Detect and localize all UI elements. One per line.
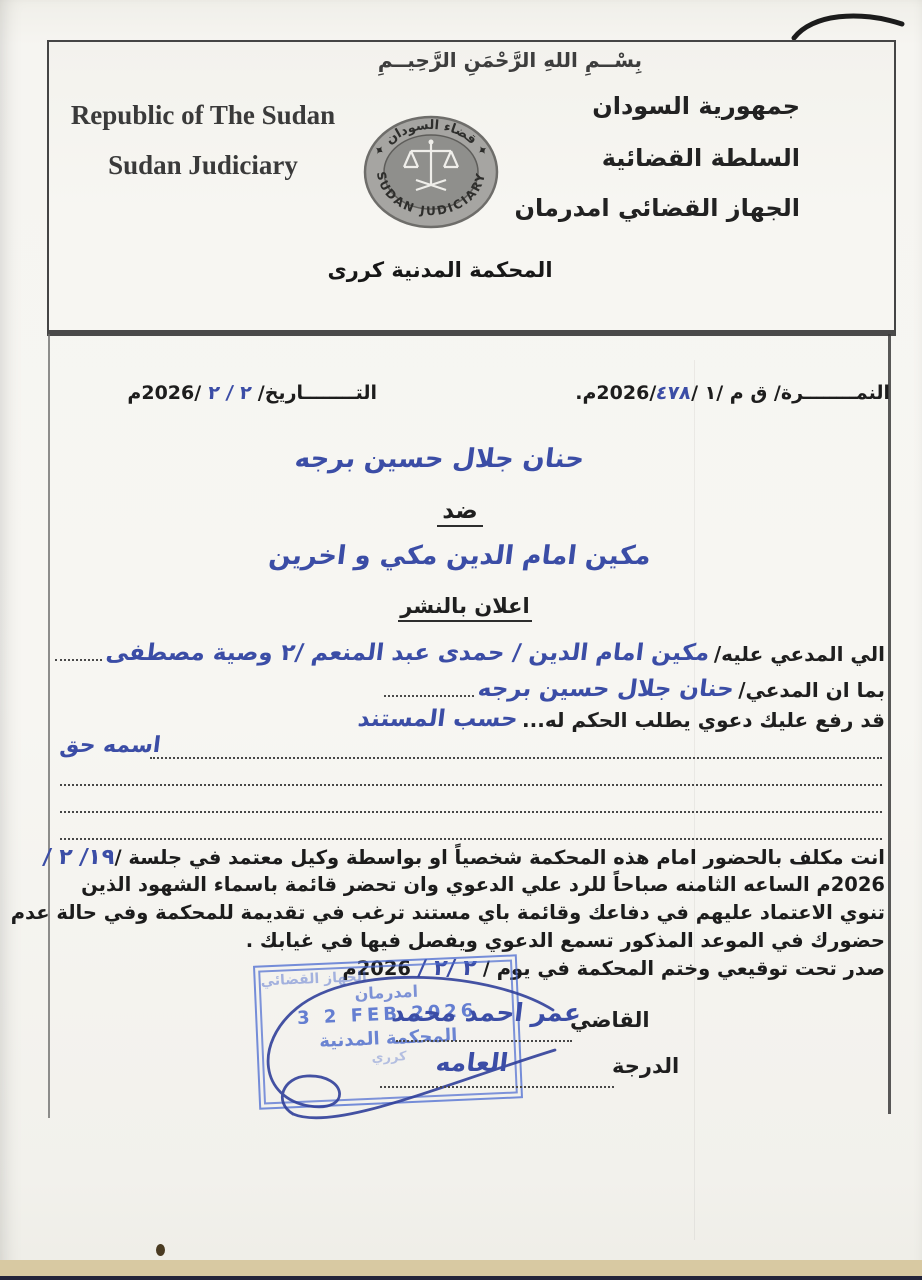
scanner-edge <box>0 1276 922 1280</box>
case-number-line: النمــــــــرة/ ق م /١ /٤٧٨/2026م. <box>555 382 890 404</box>
dotted-rule <box>396 1040 572 1042</box>
judge-label: القاضي <box>570 1008 650 1032</box>
grade-value-handwritten: العامه <box>434 1048 510 1077</box>
judiciary-name-english: Sudan Judiciary <box>58 150 348 181</box>
claim-handwritten: حسب المستند <box>357 706 520 732</box>
country-name-arabic: جمهورية السودان <box>450 92 800 120</box>
claim-label: قد رفع عليك دعوي يطلب الحكم له... <box>522 708 885 732</box>
date-year: /2026م <box>127 382 207 404</box>
case-number-label: النمــــــــرة/ ق م /١ / <box>691 382 890 404</box>
scan-artifact-mark <box>790 8 908 44</box>
scanned-court-document: بِسْــمِ اللهِ الرَّحْمَنِ الرَّحِيــمِ … <box>0 0 922 1280</box>
versus-label: ضد <box>437 498 483 527</box>
bismillah-calligraphy: بِسْــمِ اللهِ الرَّحْمَنِ الرَّحِيــمِ <box>330 48 690 72</box>
paper-crease <box>694 360 695 1240</box>
judicial-organ-omdurman-arabic: الجهاز القضائي امدرمان <box>450 194 800 222</box>
notice-title: اعلان بالنشر <box>398 594 531 622</box>
claim-handwritten-continued: اسمه حق <box>58 733 162 758</box>
dotted-rule <box>60 784 882 786</box>
whereas-handwritten: حنان جلال حسين برجه <box>477 676 736 702</box>
summons-line-1: انت مكلف بالحضور امام هذه المحكمة شخصياً… <box>55 845 885 870</box>
scanner-background-strip <box>0 1260 922 1276</box>
right-border-rule <box>888 334 891 1114</box>
dotted-rule <box>380 1086 614 1088</box>
judge-name-handwritten: عمر احمد محمد <box>390 998 583 1027</box>
plaintiff-name-handwritten: حنان جلال حسين برجه <box>294 444 587 474</box>
country-name-english: Republic of The Sudan <box>58 100 348 131</box>
scan-speck <box>156 1244 165 1256</box>
case-number-year: /2026م. <box>575 382 656 404</box>
dotted-rule <box>384 695 474 697</box>
to-defendant-handwritten: مكين امام الدين / حمدى عبد المنعم /٢ وصي… <box>105 640 712 666</box>
date-line: التــــــــاريخ/ ٢ / ٢ /2026م <box>85 382 377 404</box>
whereas-label: بما ان المدعي/ <box>738 678 885 702</box>
defendants-names-handwritten: مكين امام الدين مكي و اخرين <box>267 541 653 571</box>
to-defendant-label: الي المدعي عليه/ <box>714 642 885 666</box>
claim-line: قد رفع عليك دعوي يطلب الحكم له... حسب ال… <box>55 706 885 732</box>
summons-line-4: حضورك في الموعد المذكور تسمع الدعوي ويفص… <box>55 929 885 952</box>
left-border-rule <box>48 334 50 1118</box>
whereas-plaintiff-line: بما ان المدعي/ حنان جلال حسين برجه <box>55 676 885 702</box>
case-number-handwritten: ٤٧٨ <box>655 382 692 404</box>
summons-text-1: انت مكلف بالحضور امام هذه المحكمة شخصياً… <box>115 846 886 869</box>
summons-line-3: تنوي الاعتماد عليهم في دفاعك وقائمة باي … <box>55 901 885 924</box>
summons-line-2: 2026م الساعه الثامنه صباحاً للرد علي الد… <box>55 873 885 896</box>
hearing-date-handwritten: ١٩/ ٢ / <box>41 845 116 870</box>
dotted-rule <box>60 838 882 840</box>
dotted-rule <box>55 659 102 661</box>
grade-label: الدرجة <box>612 1054 679 1078</box>
to-defendant-line: الي المدعي عليه/ مكين امام الدين / حمدى … <box>55 640 885 666</box>
judicial-authority-arabic: السلطة القضائية <box>450 144 800 172</box>
court-name: المحكمة المدنية كررى <box>300 258 580 282</box>
dotted-rule <box>60 811 882 813</box>
date-label: التــــــــاريخ/ <box>251 382 377 404</box>
date-handwritten: ٢ / ٢ <box>206 382 252 404</box>
dotted-rule <box>150 757 882 759</box>
